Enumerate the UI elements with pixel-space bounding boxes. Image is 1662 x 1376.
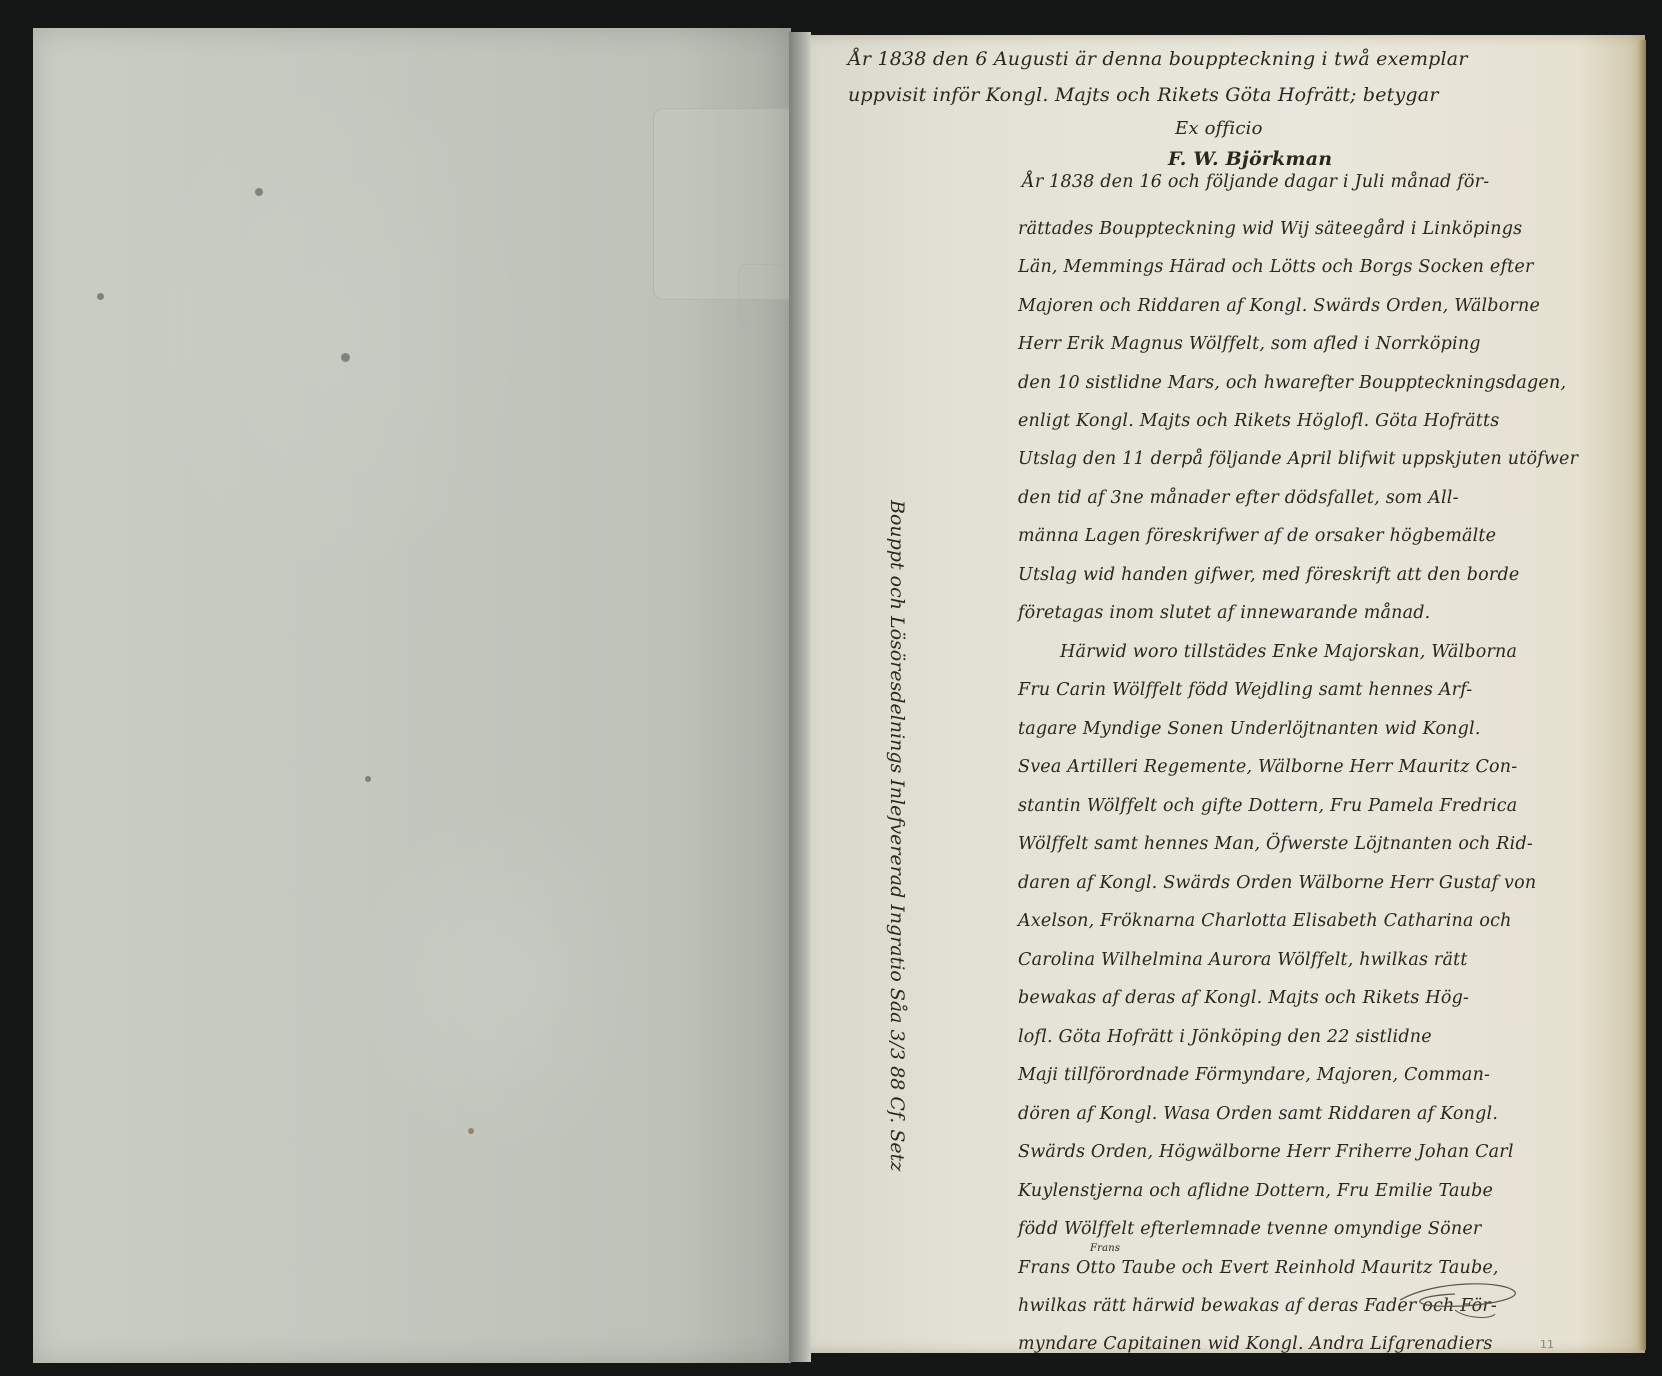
ex-officio: Ex officio [1175, 118, 1263, 139]
body-line: Maji tillförordnade Förmyndare, Majoren,… [1018, 1065, 1490, 1085]
body-line: stantin Wölffelt och gifte Dottern, Fru … [1018, 796, 1517, 816]
body-line: Swärds Orden, Högwälborne Herr Friherre … [1018, 1142, 1514, 1162]
body-line: lofl. Göta Hofrätt i Jönköping den 22 si… [1018, 1027, 1432, 1047]
page-edge [1638, 40, 1646, 1350]
closing-flourish [1395, 1270, 1525, 1330]
embossed-stamp [653, 108, 795, 300]
ink-spot [341, 353, 350, 362]
body-line: den tid af 3ne månader efter dödsfallet,… [1018, 488, 1459, 508]
body-line: dören af Kongl. Wasa Orden samt Riddaren… [1018, 1104, 1498, 1124]
body-line: Utslag wid handen gifwer, med föreskrift… [1018, 565, 1519, 585]
body-line: myndare Capitainen wid Kongl. Andra Lifg… [1018, 1334, 1493, 1354]
body-line: Majoren och Riddaren af Kongl. Swärds Or… [1018, 296, 1540, 316]
manuscript-spread: År 1838 den 6 Augusti är denna bouppteck… [0, 0, 1662, 1376]
body-line: Svea Artilleri Regemente, Wälborne Herr … [1018, 757, 1517, 777]
signature: F. W. Björkman [1168, 148, 1332, 170]
margin-vertical-note: Bouppt och Lösöresdelnings Inlefvererad … [886, 500, 908, 1171]
page-corner-note: 11 [1540, 1338, 1554, 1351]
body-line: tagare Myndige Sonen Underlöjtnanten wid… [1018, 719, 1481, 739]
ink-spot [97, 293, 104, 300]
body-line: Utslag den 11 derpå följande April blifw… [1018, 449, 1578, 469]
ink-spot [365, 776, 371, 782]
header-line-1: År 1838 den 6 Augusti är denna bouppteck… [848, 48, 1468, 70]
body-line: född Wölffelt efterlemnade tvenne omyndi… [1018, 1219, 1481, 1239]
book-gutter [789, 32, 811, 1362]
body-line: Wölffelt samt hennes Man, Öfwerste Löjtn… [1018, 834, 1533, 854]
body-line: Fru Carin Wölffelt född Wejdling samt he… [1018, 680, 1472, 700]
body-line: Herr Erik Magnus Wölffelt, som afled i N… [1018, 334, 1481, 354]
body-line: Axelson, Fröknarna Charlotta Elisabeth C… [1018, 911, 1512, 931]
body-line: Härwid woro tillstädes Enke Majorskan, W… [1060, 642, 1517, 662]
body-line: År 1838 den 16 och följande dagar i Juli… [1022, 172, 1489, 192]
body-line: Län, Memmings Härad och Lötts och Borgs … [1018, 257, 1534, 277]
body-line: Carolina Wilhelmina Aurora Wölffelt, hwi… [1018, 950, 1468, 970]
body-line: Kuylenstjerna och aflidne Dottern, Fru E… [1018, 1181, 1493, 1201]
ink-spot [255, 188, 263, 196]
body-line: männa Lagen föreskrifwer af de orsaker h… [1018, 526, 1496, 546]
body-line: den 10 sistlidne Mars, och hwarefter Bou… [1018, 373, 1566, 393]
body-line: bewakas af deras af Kongl. Majts och Rik… [1018, 988, 1469, 1008]
interlinear-insertion: Frans [1090, 1243, 1120, 1254]
body-line: enligt Kongl. Majts och Rikets Höglofl. … [1018, 411, 1499, 431]
header-line-2: uppvisit inför Kongl. Majts och Rikets G… [848, 84, 1439, 106]
body-line: rättades Bouppteckning wid Wij säteegård… [1018, 219, 1522, 239]
ink-spot [468, 1128, 474, 1134]
left-page-blank [33, 28, 791, 1363]
body-line: daren af Kongl. Swärds Orden Wälborne He… [1018, 873, 1536, 893]
body-line: företagas inom slutet af innewarande mån… [1018, 603, 1430, 623]
